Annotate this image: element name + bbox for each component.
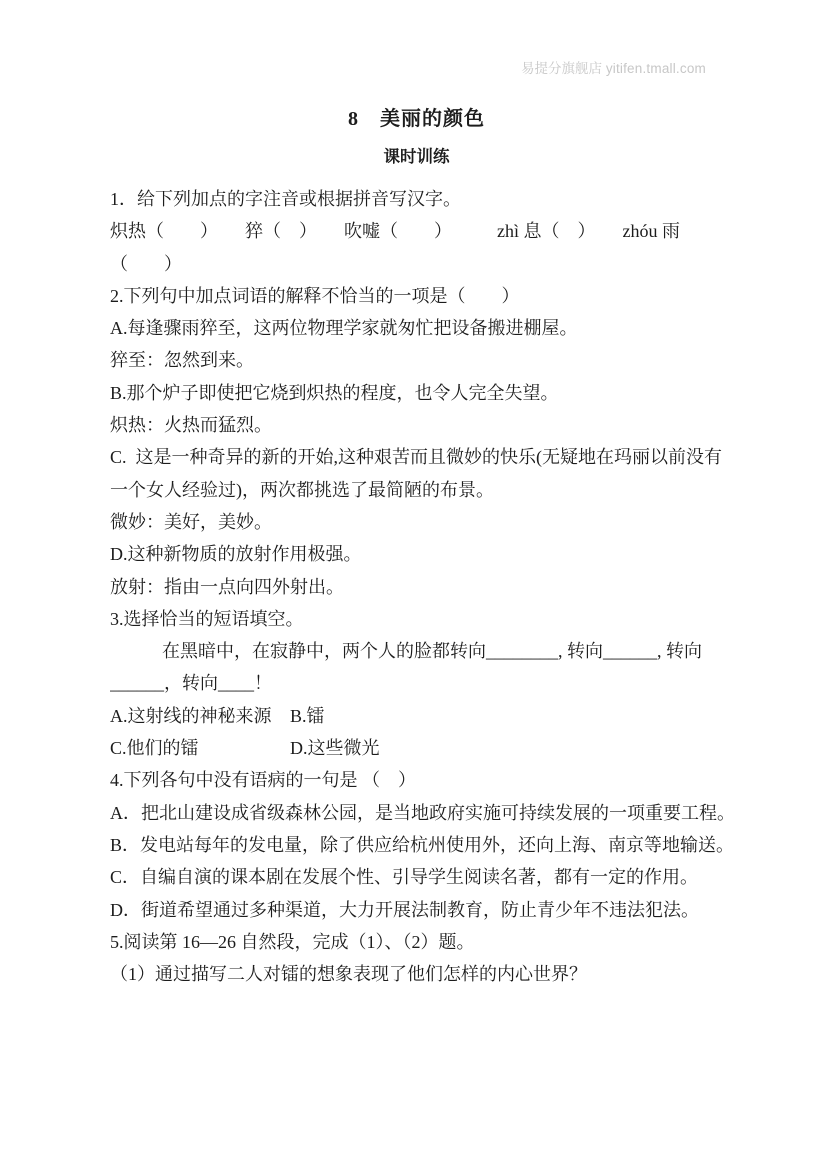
watermark-shop-name: 易提分旗舰店 (521, 61, 602, 76)
q2-option-d: D.这种新物质的放射作用极强。 (110, 538, 723, 570)
q3-fill-line-2: ______，转向____！ (110, 667, 723, 699)
watermark: 易提分旗舰店 yitifen.tmall.com (521, 57, 706, 77)
watermark-site: yitifen.tmall.com (606, 61, 706, 76)
q2-option-b: B.那个炉子即使把它烧到炽热的程度，也令人完全失望。 (110, 377, 723, 409)
worksheet-page: { "watermark": { "shop_name": "易提分旗舰店", … (0, 0, 827, 1169)
q3-fill-line-1: 在黑暗中，在寂静中，两个人的脸都转向________, 转向______, 转向 (110, 635, 723, 667)
q3-option-b: B.镭 (290, 700, 325, 732)
q4-option-d: D．街道希望通过多种渠道，大力开展法制教育，防止青少年不违法犯法。 (110, 894, 723, 926)
document-body: 8 美丽的颜色 课时训练 1．给下列加点的字注音或根据拼音写汉字。 炽热（ ） … (0, 0, 827, 990)
q4-option-c: C．自编自演的课本剧在发展个性、引导学生阅读名著，都有一定的作用。 (110, 861, 723, 893)
q3-options-row-1: A.这射线的神秘来源 B.镭 (110, 700, 723, 732)
section-subtitle: 课时训练 (110, 146, 723, 168)
q1-pinyin-line: 炽热（ ） 猝（ ） 吹嘘（ ） zhì 息（ ） zhóu 雨 (110, 215, 723, 247)
q2-gloss-a: 猝至：忽然到来。 (110, 344, 723, 376)
q2-prompt: 2.下列句中加点词语的解释不恰当的一项是（ ） (110, 280, 723, 312)
q4-option-a: A．把北山建设成省级森林公园，是当地政府实施可持续发展的一项重要工程。 (110, 797, 723, 829)
q2-option-a: A.每逢骤雨猝至，这两位物理学家就匆忙把设备搬进棚屋。 (110, 312, 723, 344)
q3-option-a: A.这射线的神秘来源 (110, 700, 290, 732)
lesson-title: 8 美丽的颜色 (110, 106, 723, 132)
q2-option-c-line2: 一个女人经验过)，两次都挑选了最简陋的布景。 (110, 474, 723, 506)
q3-options-row-2: C.他们的镭 D.这些微光 (110, 732, 723, 764)
q2-gloss-c: 微妙：美好，美妙。 (110, 506, 723, 538)
q4-prompt: 4.下列各句中没有语病的一句是 （ ） (110, 764, 723, 796)
q4-option-b: B．发电站每年的发电量，除了供应给杭州使用外，还向上海、南京等地输送。 (110, 829, 723, 861)
q1-prompt: 1．给下列加点的字注音或根据拼音写汉字。 (110, 183, 723, 215)
q2-gloss-d: 放射：指由一点向四外射出。 (110, 571, 723, 603)
q2-option-c-line1: C. 这是一种奇异的新的开始,这种艰苦而且微妙的快乐(无疑地在玛丽以前没有 (110, 441, 723, 473)
q2-gloss-b: 炽热：火热而猛烈。 (110, 409, 723, 441)
q3-option-c: C.他们的镭 (110, 732, 290, 764)
q5-prompt: 5.阅读第 16—26 自然段，完成（1）、（2）题。 (110, 926, 723, 958)
q1-pinyin-line-2: （ ） (110, 248, 723, 280)
q3-prompt: 3.选择恰当的短语填空。 (110, 603, 723, 635)
q3-option-d: D.这些微光 (290, 732, 380, 764)
exercise-content: 1．给下列加点的字注音或根据拼音写汉字。 炽热（ ） 猝（ ） 吹嘘（ ） zh… (110, 183, 723, 990)
q5-sub-question-1: （1）通过描写二人对镭的想象表现了他们怎样的内心世界？ (110, 958, 723, 990)
